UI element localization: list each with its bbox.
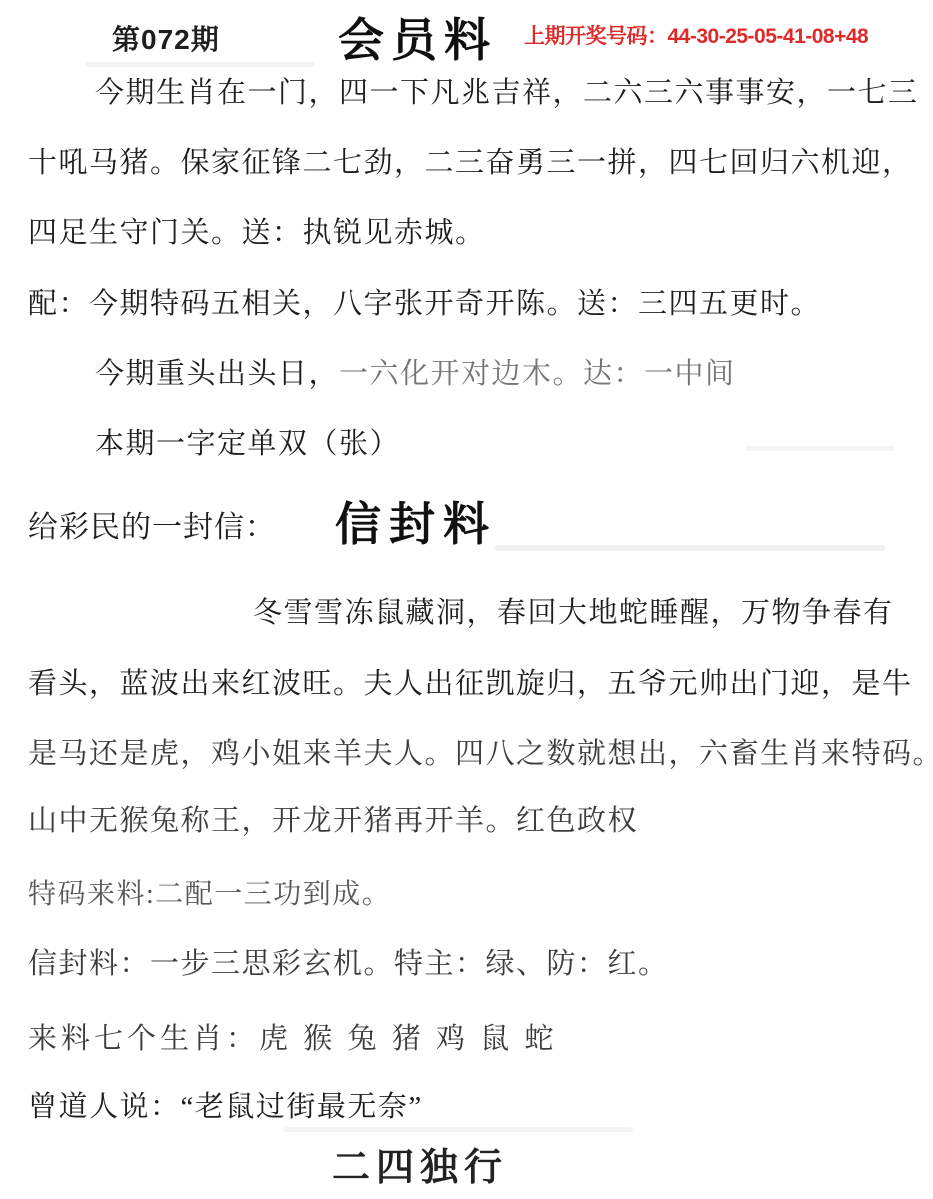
letter-line: 山中无猴兔称王，开龙开猪再开羊。红色政权 [28, 798, 638, 839]
last-draw-numbers: 上期开奖号码：44-30-25-05-41-08+48 [524, 20, 868, 50]
letter-line: 特码来料:二配一三功到成。 [28, 872, 391, 912]
letter-intro-label: 给彩民的一封信： [28, 502, 276, 546]
letter-line: 是马还是虎，鸡小姐来羊夫人。四八之数就想出，六畜生肖来特码。 [28, 731, 933, 772]
scan-artifact [745, 446, 895, 451]
verse-line: 四足生守门关。送：执锐见赤城。 [28, 210, 486, 251]
page-title: 会员料 [338, 4, 497, 70]
footer-slogan: 二四独行 [332, 1136, 508, 1191]
letter-line: 冬雪雪冻鼠藏洞，春回大地蛇睡醒，万物争春有 [253, 590, 894, 631]
letter-section-title: 信封料 [335, 488, 497, 554]
scan-artifact [495, 545, 885, 551]
letter-line-quote: 曾道人说：“老鼠过街最无奈” [28, 1084, 423, 1125]
letter-line: 信封料：一步三思彩玄机。特主：绿、防：红。 [28, 941, 669, 982]
letter-line: 看头，蓝波出来红波旺。夫人出征凯旋归，五爷元帅出门迎，是牛 [28, 661, 913, 702]
letter-line-zodiacs: 来料七个生肖：虎 猴 兔 猪 鸡 鼠 蛇 [28, 1016, 558, 1057]
verse-line-head: 今期重头出头日， [95, 358, 339, 390]
verse-line-faint-tail: 一六化开对边木。达：一中间 [339, 358, 736, 390]
scan-artifact [283, 1127, 633, 1132]
verse-line: 本期一字定单双（张） [95, 421, 400, 462]
scan-artifact [85, 62, 315, 67]
tip-sheet-page: 第072期 会员料 上期开奖号码：44-30-25-05-41-08+48 今期… [0, 0, 933, 1199]
verse-line: 今期重头出头日，一六化开对边木。达：一中间 [95, 351, 736, 392]
issue-number: 第072期 [112, 18, 220, 58]
verse-line: 今期生肖在一门，四一下凡兆吉祥，二六三六事事安，一七三 [95, 70, 919, 111]
verse-line: 配：今期特码五相关，八字张开奇开陈。送：三四五更时。 [28, 281, 821, 322]
verse-line: 十吼马猪。保家征锋二七劲，二三奋勇三一拼，四七回归六机迎， [28, 140, 913, 181]
